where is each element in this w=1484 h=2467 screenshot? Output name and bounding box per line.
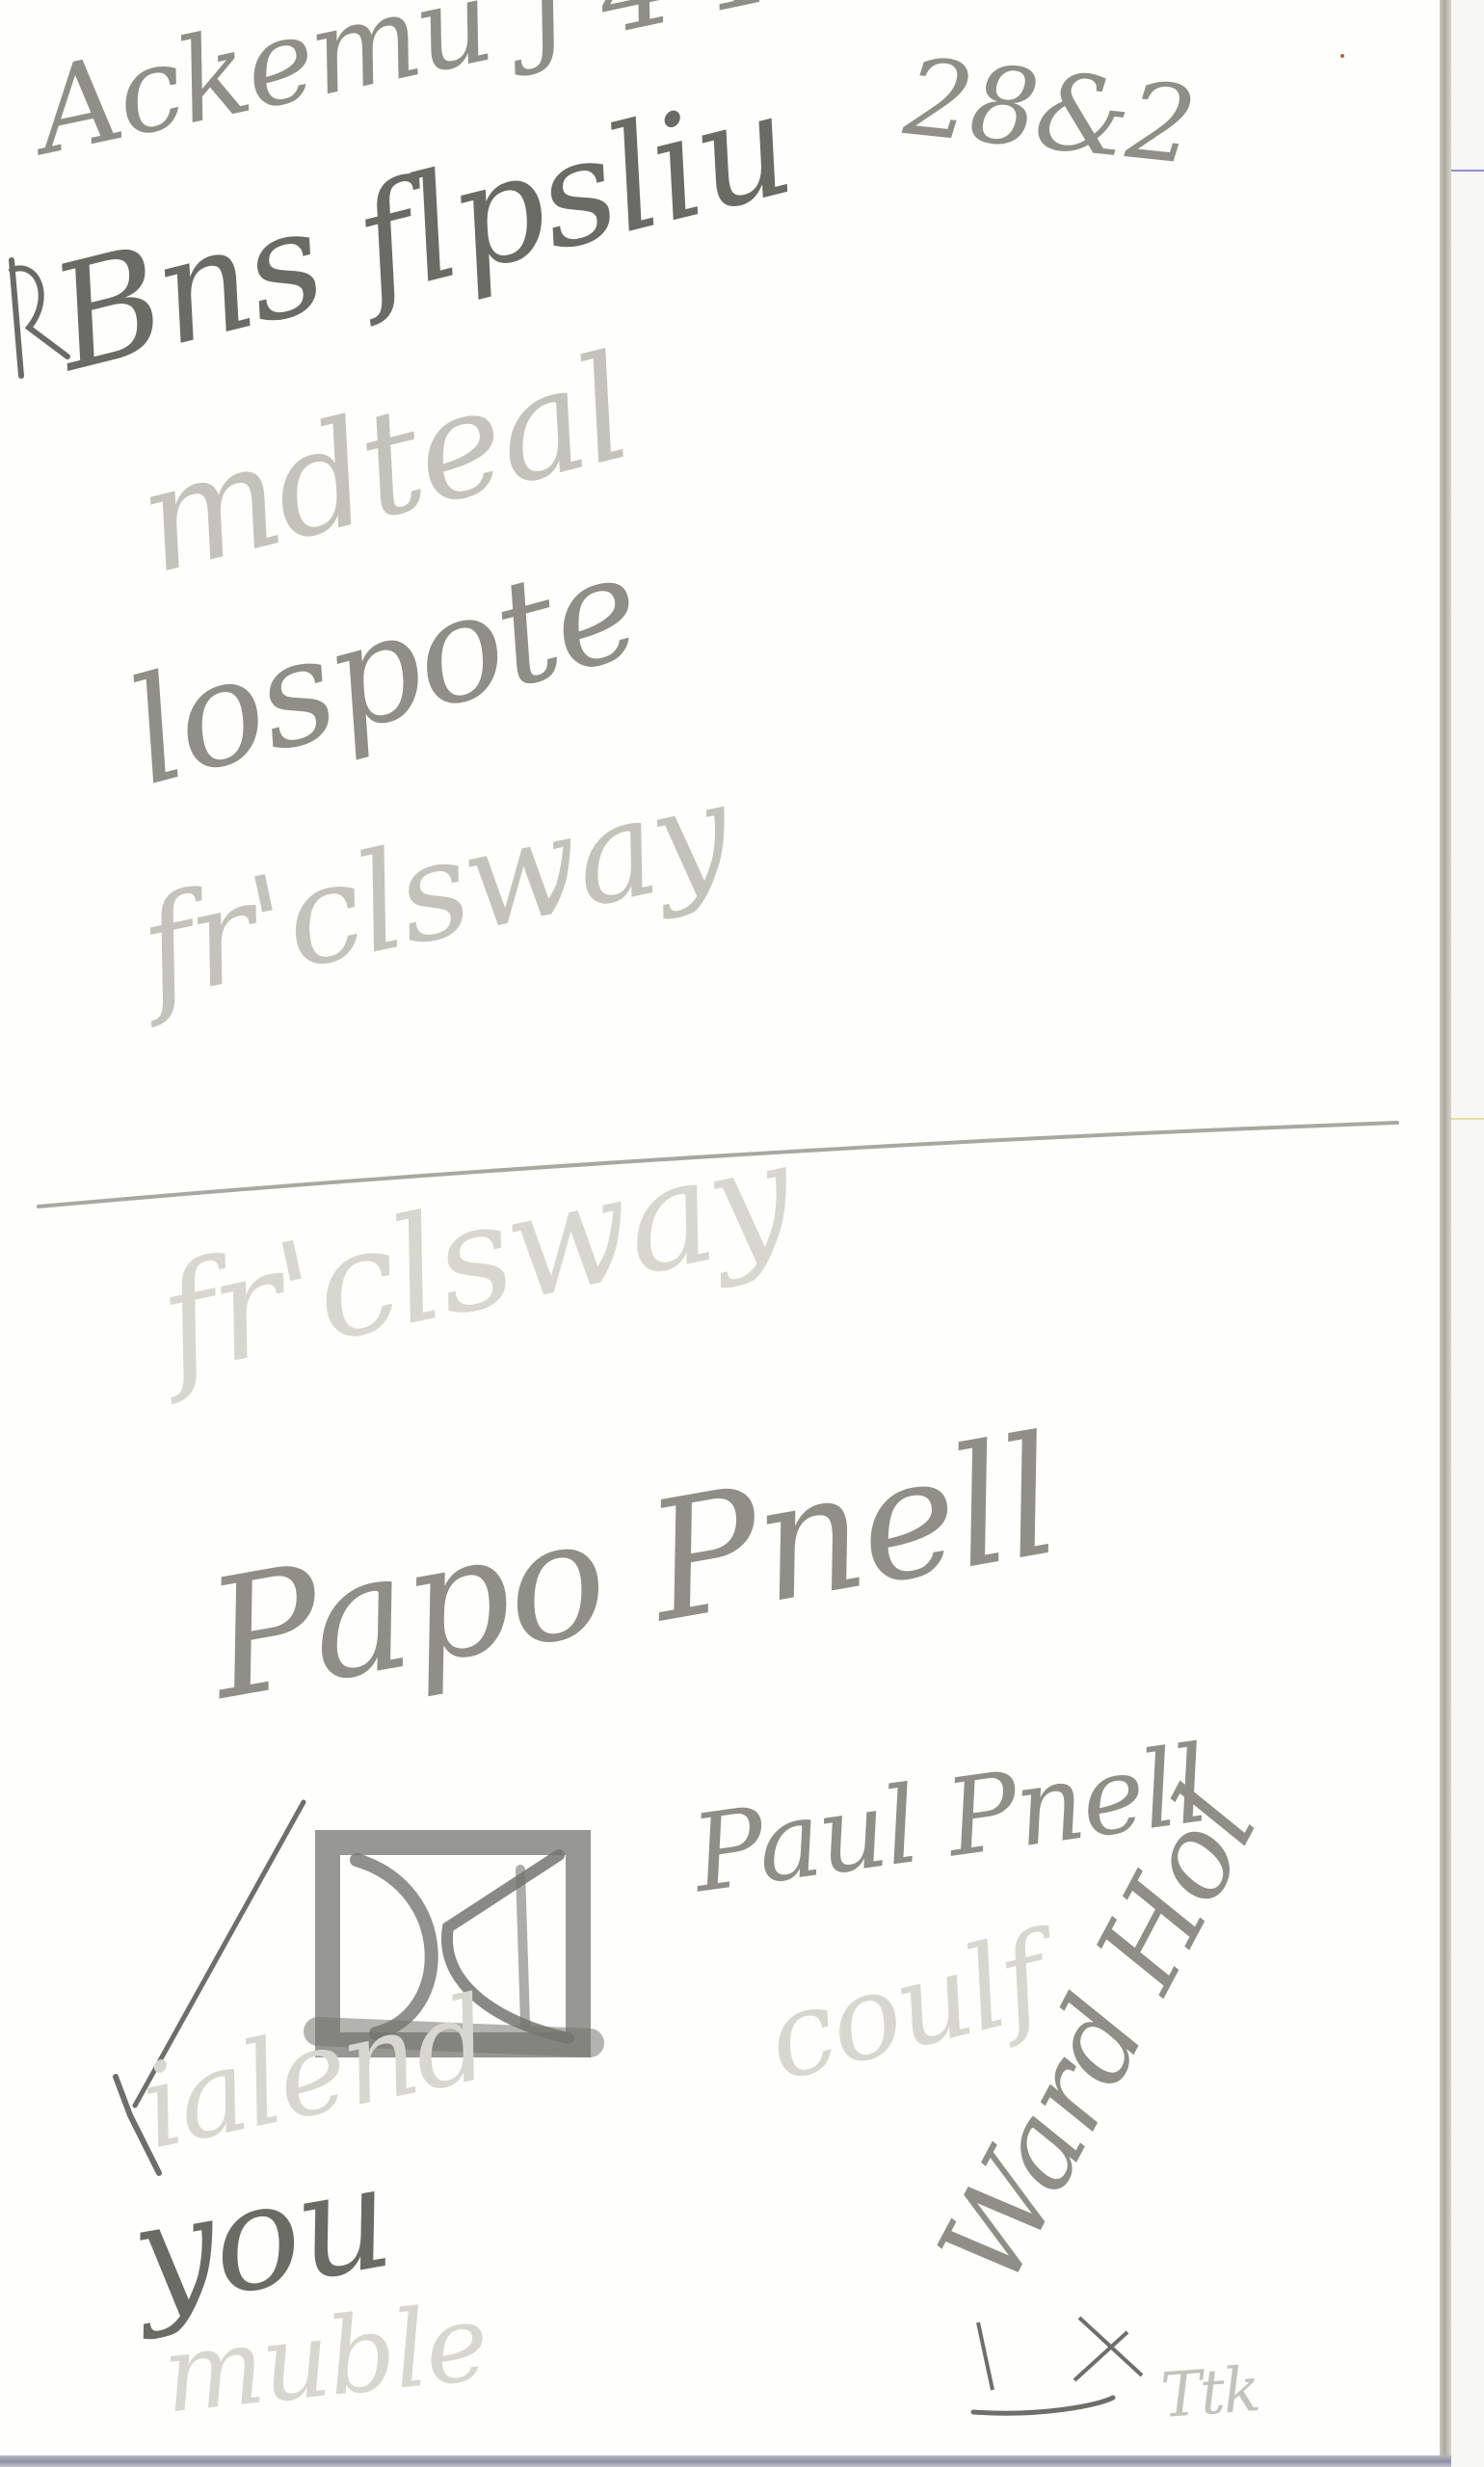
handwritten-line-13: Ttk bbox=[1159, 2359, 1260, 2427]
stray-dot bbox=[1340, 54, 1344, 58]
underline-stroke bbox=[973, 2398, 1113, 2413]
handwritten-number: 28&2 bbox=[900, 43, 1199, 179]
x-mark bbox=[1074, 2318, 1142, 2380]
tick-stroke bbox=[978, 2322, 993, 2390]
handwritten-line-12: muble bbox=[158, 2289, 491, 2428]
